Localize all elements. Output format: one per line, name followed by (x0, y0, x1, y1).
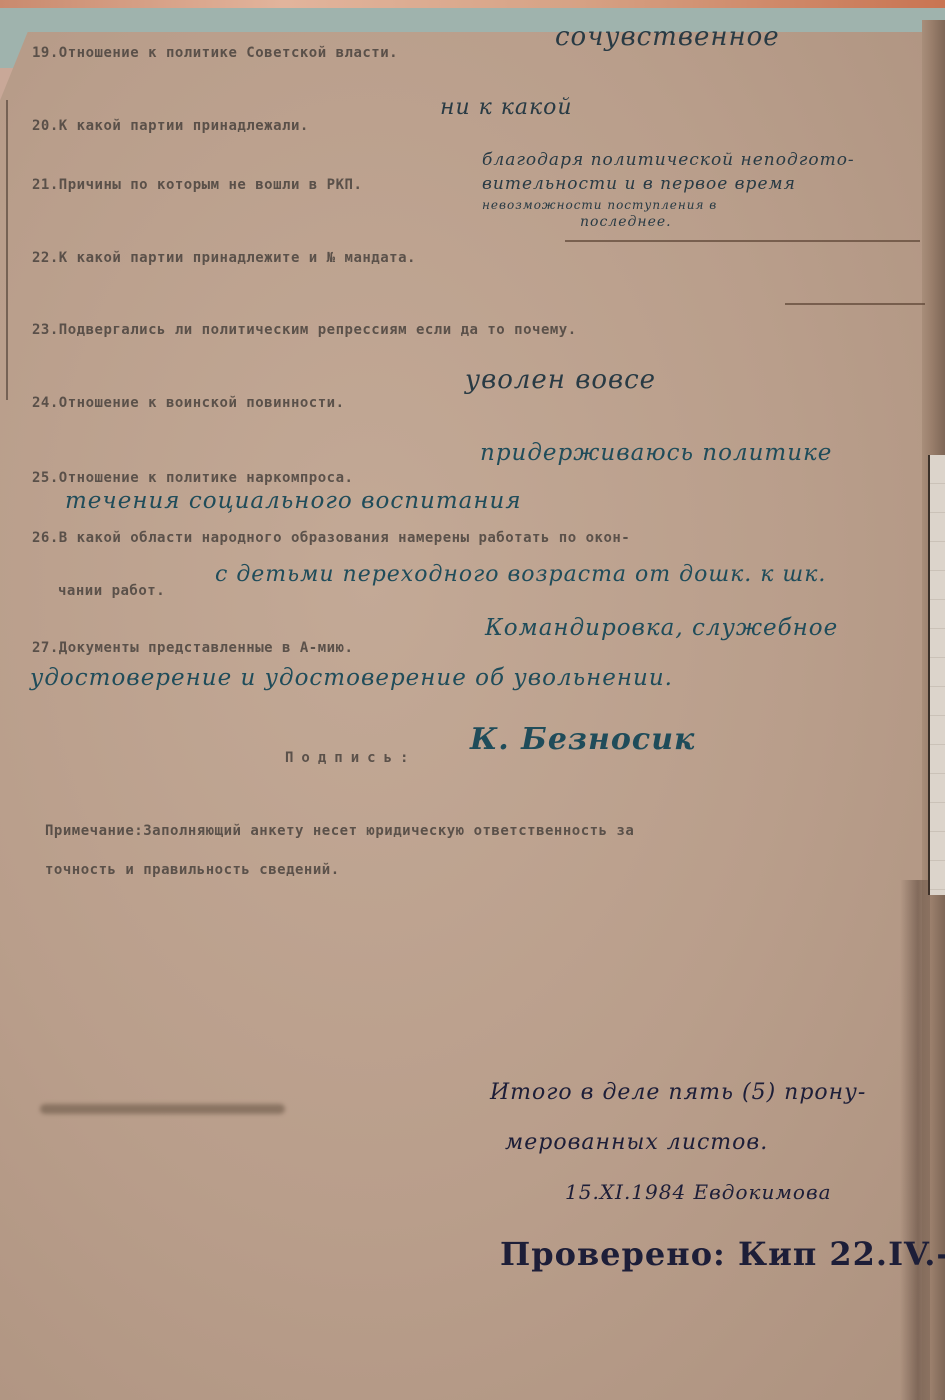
item-number: 26. (32, 530, 59, 546)
item-27-answer-line-2: удостоверение и удостоверение об увольне… (30, 665, 673, 691)
item-24: 24.Отношение к воинской повинности. (32, 395, 915, 411)
item-number: 20. (32, 118, 59, 134)
note-line-2: точность и правильность сведений. (45, 862, 915, 878)
signature-value: К. Безносик (470, 722, 695, 757)
archive-checked-stamp: Проверено: Кип 22.IV.-86г. (500, 1235, 945, 1273)
item-question: Подвергались ли политическим репрессиям … (59, 322, 577, 338)
item-question: К какой партии принадлежали. (59, 118, 309, 134)
item-26: 26.В какой области народного образования… (32, 530, 915, 546)
item-number: 19. (32, 45, 59, 61)
ink-smudge (40, 1104, 285, 1114)
item-19-answer: сочувственное (555, 22, 780, 52)
item-21-answer-line-1: благодаря политической неподгото- (482, 150, 855, 170)
note-line-1: Примечание:Заполняющий анкету несет юрид… (45, 823, 915, 839)
attached-lined-sheet (928, 455, 945, 895)
item-26-answer: с детьми переходного возраста от дошк. к… (215, 562, 826, 587)
item-question: Отношение к политике наркомпроса. (59, 470, 354, 486)
item-22: 22.К какой партии принадлежите и № манда… (32, 250, 915, 266)
item-24-answer: уволен вовсе (465, 365, 656, 395)
item-question: Отношение к воинской повинности. (59, 395, 345, 411)
item-number: 27. (32, 640, 59, 656)
item-25: 25.Отношение к политике наркомпроса. (32, 470, 915, 486)
item-question: Причины по которым не вошли в РКП. (59, 177, 363, 193)
item-27: 27.Документы представленные в А-мию. (32, 640, 915, 656)
item-question: К какой партии принадлежите и № мандата. (59, 250, 416, 266)
item-20: 20.К какой партии принадлежали. (32, 118, 915, 134)
item-question: Документы представленные в А-мию. (59, 640, 354, 656)
archive-note-line-2: мерованных листов. (505, 1130, 768, 1155)
item-question-line-2: чании работ. (58, 583, 165, 599)
item-23-dash (785, 303, 925, 305)
item-25-answer-line-2: течения социального воспитания (65, 488, 522, 514)
item-question: Отношение к политике Советской власти. (59, 45, 398, 61)
archive-note-line-1: Итого в деле пять (5) прону- (490, 1080, 866, 1105)
item-number: 21. (32, 177, 59, 193)
item-number: 23. (32, 322, 59, 338)
item-number: 24. (32, 395, 59, 411)
item-question-line-1: В какой области народного образования на… (59, 530, 630, 546)
item-21-answer-line-4: последнее. (580, 214, 672, 230)
item-27-answer-line-1: Командировка, служебное (485, 615, 838, 641)
item-23: 23.Подвергались ли политическим репресси… (32, 322, 915, 338)
item-number: 22. (32, 250, 59, 266)
item-22-dash (565, 240, 920, 242)
item-number: 25. (32, 470, 59, 486)
item-20-answer: ни к какой (440, 95, 573, 120)
item-19: 19.Отношение к политике Советской власти… (32, 45, 915, 61)
item-21-answer-line-2: вительности и в первое время (482, 174, 796, 194)
left-margin-line (6, 100, 8, 400)
item-21-answer-line-3: невозможности поступления в (482, 198, 717, 212)
spine-shadow (900, 880, 930, 1400)
item-25-answer-line-1: придерживаюсь политике (480, 440, 832, 466)
archive-note-date: 15.XI.1984 Евдокимова (565, 1180, 832, 1204)
